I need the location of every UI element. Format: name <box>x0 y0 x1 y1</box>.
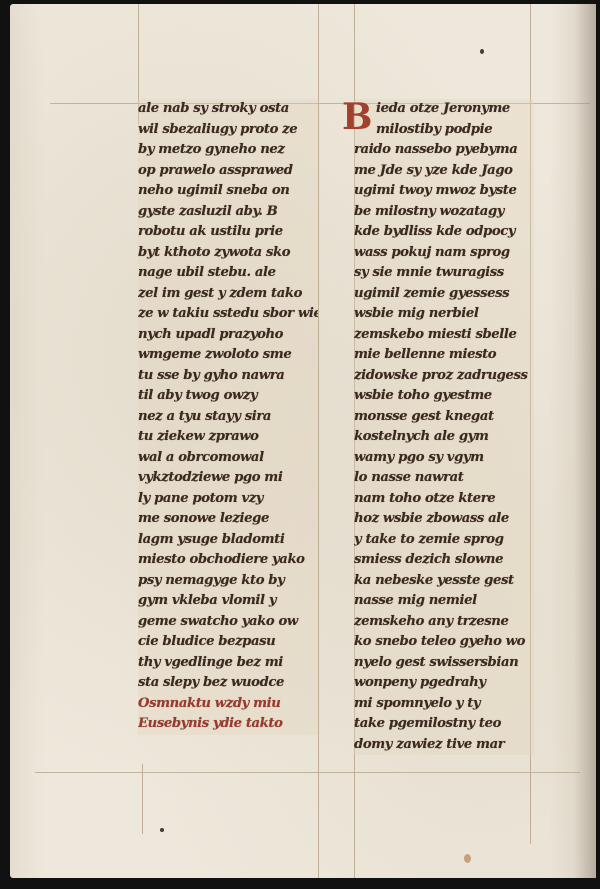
text-line: byt kthoto zywota sko <box>138 243 318 264</box>
text-line: ka nebeske yesste gest <box>354 571 534 592</box>
text-line: hoz wsbie zbowass ale <box>354 509 534 530</box>
text-line: wonpeny pgedrahy <box>354 673 534 694</box>
rubric-line: Eusebynis ydie takto <box>138 714 318 735</box>
text-line: ko snebo teleo gyeho wo <box>354 632 534 653</box>
ruling-line-left-inner <box>318 4 319 878</box>
left-text-column: ale nab sy stroky osta wil sbezaliugy pr… <box>138 99 318 735</box>
text-line: miesto obchodiere yako <box>138 550 318 571</box>
text-line: zel im gest y zdem tako <box>138 284 318 305</box>
ink-speck <box>160 828 164 832</box>
text-line: nage ubil stebu. ale <box>138 263 318 284</box>
text-line: zemskeho any trzesne <box>354 612 534 633</box>
text-line: nez a tyu stayy sira <box>138 407 318 428</box>
text-line: take pgemilostny teo <box>354 714 534 735</box>
text-line: monsse gest knegat <box>354 407 534 428</box>
text-line: ly pane potom vzy <box>138 489 318 510</box>
text-line: robotu ak ustilu prie <box>138 222 318 243</box>
right-text-column: B ieda otze Jeronyme milostiby podpie ra… <box>354 99 534 755</box>
text-line: sy sie mnie twuragiss <box>354 263 534 284</box>
text-line: wil sbezaliugy proto ze <box>138 120 318 141</box>
text-line: nasse mig nemiel <box>354 591 534 612</box>
ruling-line-left-outer-lower <box>142 764 143 834</box>
text-line: tu ziekew zprawo <box>138 427 318 448</box>
text-line: ze w takiu sstedu sbor wiec <box>138 304 318 325</box>
text-line: lagm ysuge bladomti <box>138 530 318 551</box>
text-line: geme swatcho yako ow <box>138 612 318 633</box>
text-line: ugimi twoy mwoz byste <box>354 181 534 202</box>
text-line: mie bellenne miesto <box>354 345 534 366</box>
text-line: wal a obrcomowal <box>138 448 318 469</box>
text-line: y take to zemie sprog <box>354 530 534 551</box>
text-line: be milostny wozatagy <box>354 202 534 223</box>
ruling-line-bottom <box>35 772 580 773</box>
text-line: psy nemagyge kto by <box>138 571 318 592</box>
text-line: nam toho otze ktere <box>354 489 534 510</box>
text-line: wamy pgo sy vgym <box>354 448 534 469</box>
text-line: sta slepy bez wuodce <box>138 673 318 694</box>
manuscript-page: ale nab sy stroky osta wil sbezaliugy pr… <box>10 4 596 878</box>
text-line: by metzo gyneho nez <box>138 140 318 161</box>
text-line: wsbie toho gyestme <box>354 386 534 407</box>
text-line: gym vkleba vlomil y <box>138 591 318 612</box>
text-line: wmgeme zwoloto sme <box>138 345 318 366</box>
text-line: raido nassebo pyebyma <box>354 140 534 161</box>
text-line: nych upadl prazyoho <box>138 325 318 346</box>
text-line: ugimil zemie gyessess <box>354 284 534 305</box>
text-line: til aby twog owzy <box>138 386 318 407</box>
text-line: zidowske proz zadrugess <box>354 366 534 387</box>
ink-speck <box>480 49 484 54</box>
text-line: nyelo gest swissersbian <box>354 653 534 674</box>
text-line: thy vgedlinge bez mi <box>138 653 318 674</box>
text-line: smiess dezich slowne <box>354 550 534 571</box>
text-line: vykztodziewe pgo mi <box>138 468 318 489</box>
text-line: mi spomnyelo y ty <box>354 694 534 715</box>
text-line: zemskebo miesti sbelle <box>354 325 534 346</box>
text-line: kde bydliss kde odpocy <box>354 222 534 243</box>
text-line: gyste zasluzil aby. B <box>138 202 318 223</box>
text-line: wass pokuj nam sprog <box>354 243 534 264</box>
text-line: milostiby podpie <box>354 120 534 141</box>
stain-spot <box>464 854 471 863</box>
text-line: kostelnych ale gym <box>354 427 534 448</box>
illuminated-initial: B <box>342 97 372 137</box>
text-line: cie bludice bezpasu <box>138 632 318 653</box>
text-line: domy zawiez tive mar <box>354 735 534 756</box>
text-line: me sonowe leziege <box>138 509 318 530</box>
text-line: lo nasse nawrat <box>354 468 534 489</box>
text-line: ieda otze Jeronyme <box>354 99 534 120</box>
text-line: tu sse by gyho nawra <box>138 366 318 387</box>
text-line: me Jde sy yze kde Jago <box>354 161 534 182</box>
text-line: wsbie mig nerbiel <box>354 304 534 325</box>
rubric-line: Osmnaktu wzdy miu <box>138 694 318 715</box>
text-line: ale nab sy stroky osta <box>138 99 318 120</box>
text-line: op prawelo assprawed <box>138 161 318 182</box>
text-line: neho ugimil sneba on <box>138 181 318 202</box>
